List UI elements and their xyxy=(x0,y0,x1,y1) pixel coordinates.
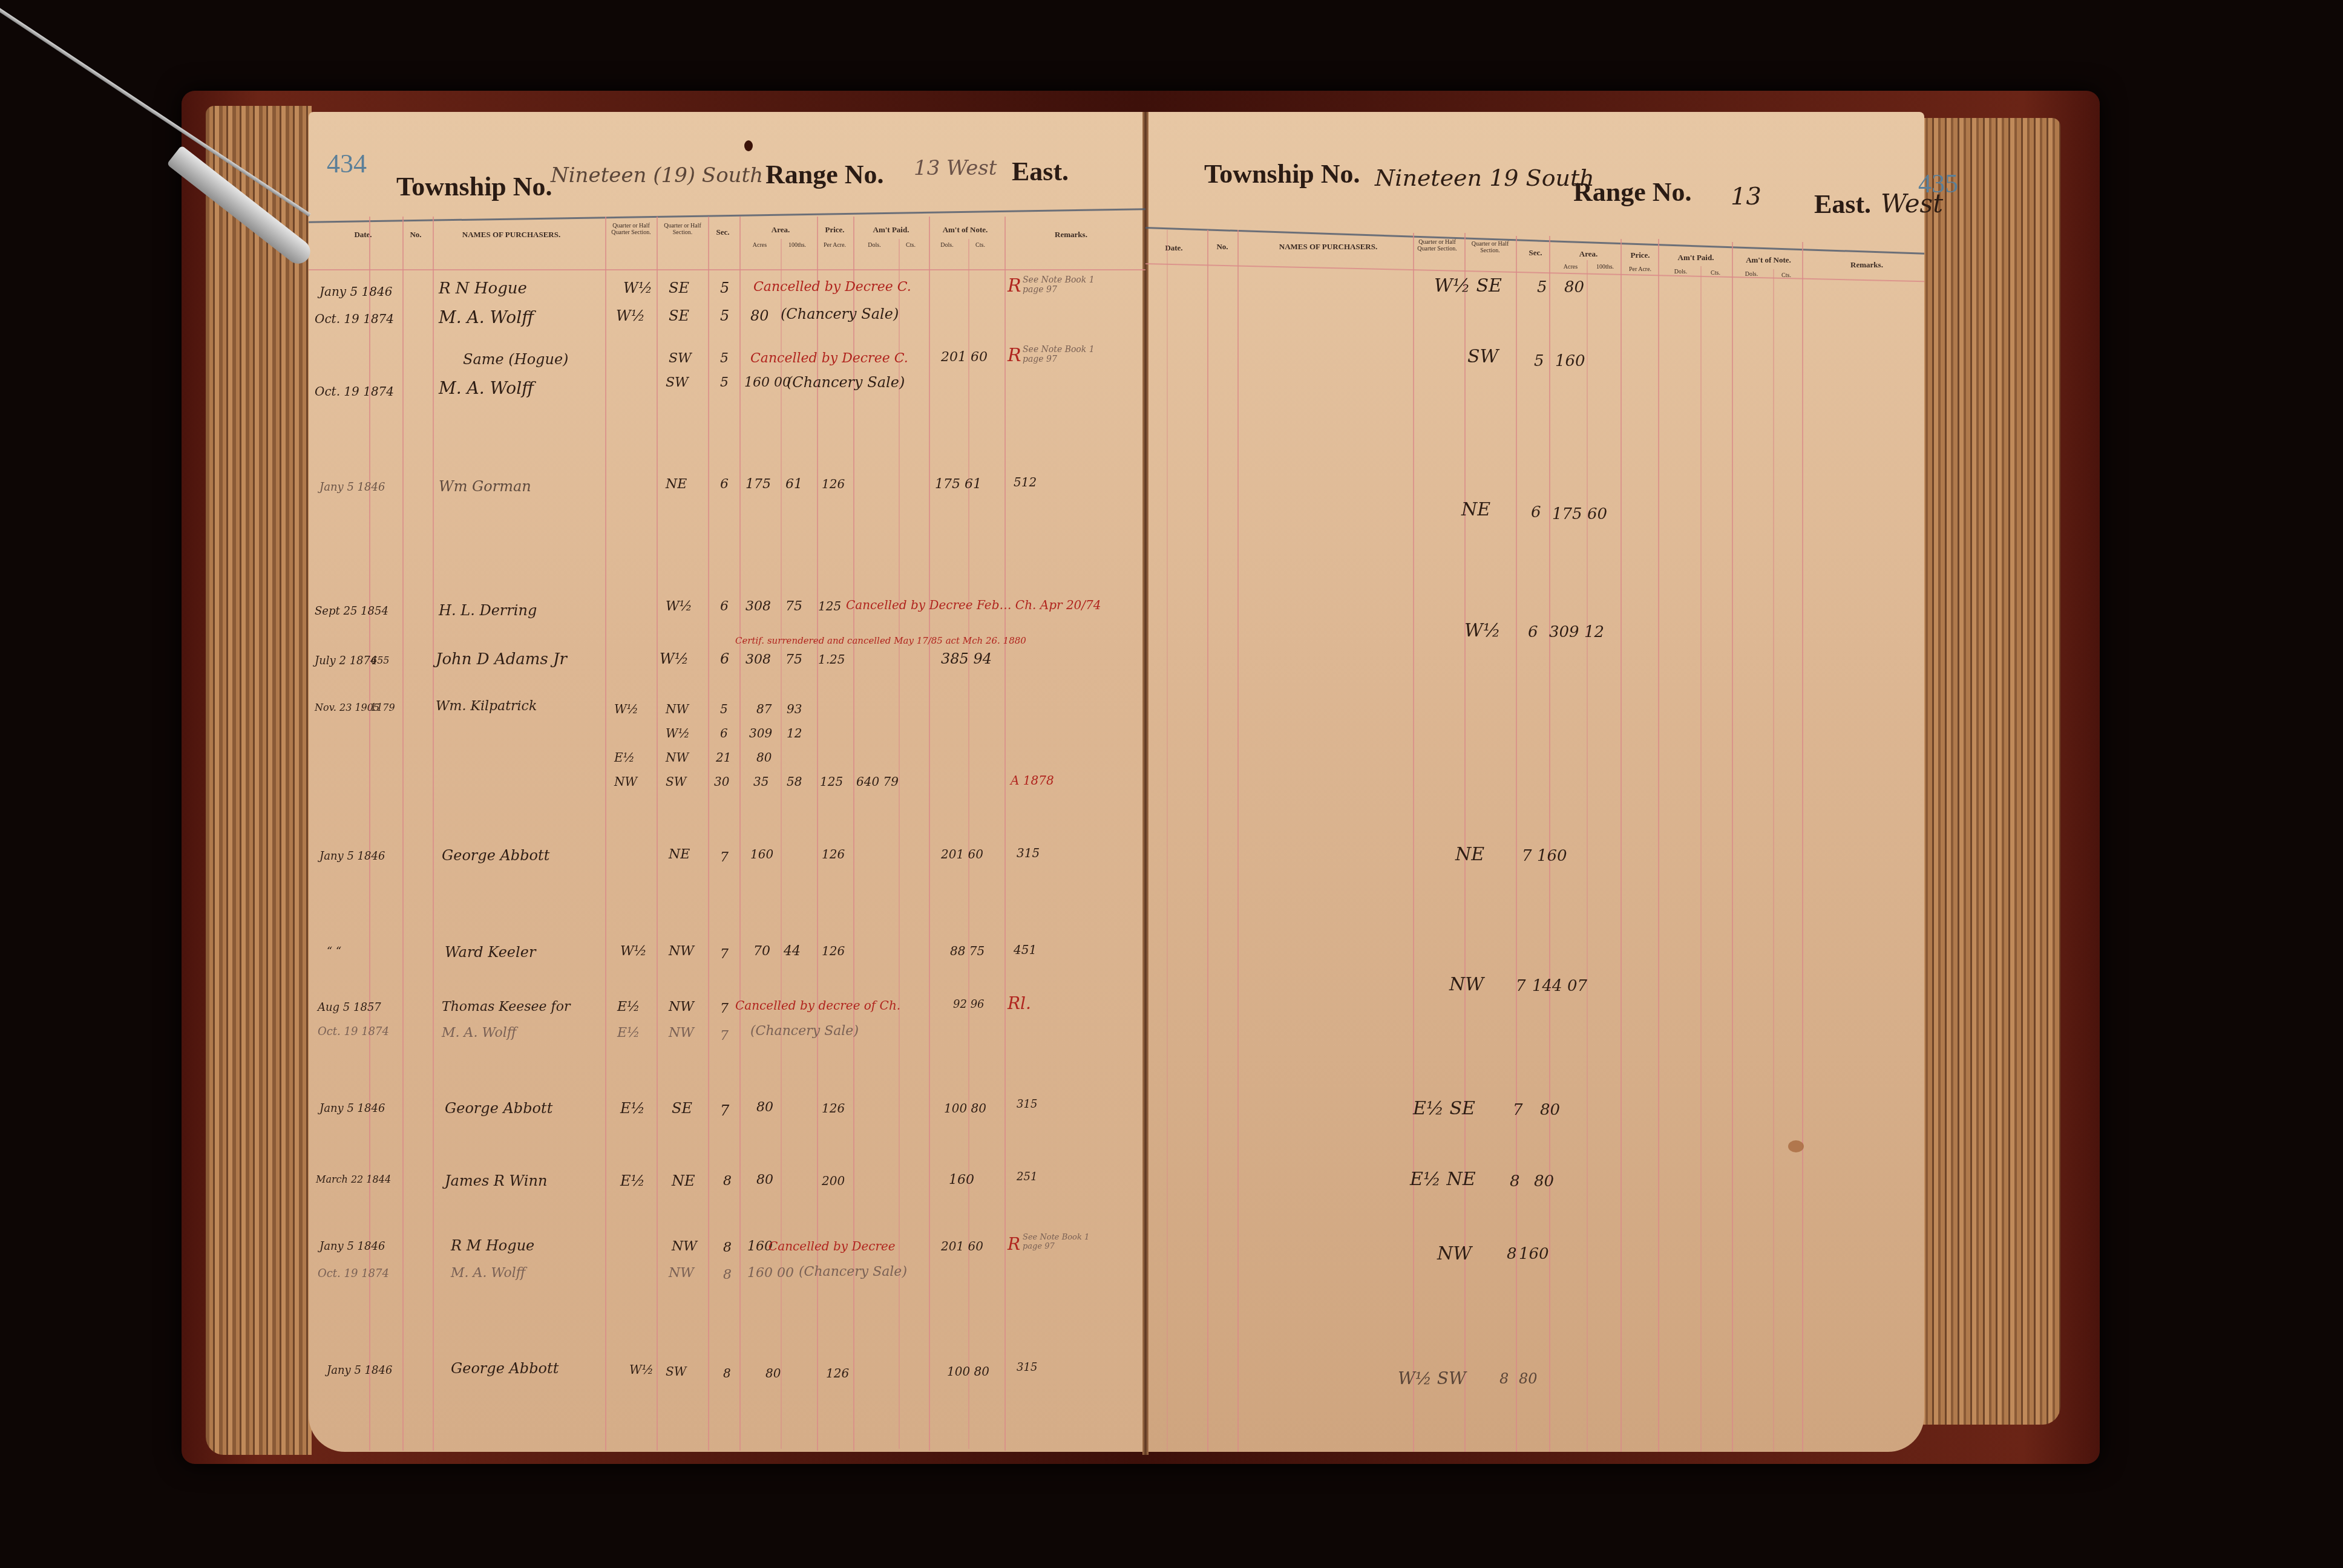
left-col-names: NAMES OF PURCHASERS. xyxy=(448,230,575,239)
entry-name: H. L. Derring xyxy=(439,602,537,619)
right-entry-sec: 8 xyxy=(1499,1370,1509,1387)
right-entry-sec: 7 xyxy=(1513,1101,1523,1119)
left-col-note-cts: Cts. xyxy=(968,242,992,249)
entry-remarks: 315 xyxy=(1017,1361,1037,1374)
entry-qhs: SW xyxy=(666,774,686,789)
left-township-value: Nineteen (19) South xyxy=(551,163,763,188)
entry-hundredths: 75 xyxy=(785,599,802,614)
entry-date: Jany 5 1846 xyxy=(319,481,385,494)
right-entry-tract: W½ SW xyxy=(1398,1368,1466,1388)
entry-price: 126 xyxy=(826,1366,849,1380)
left-col-qhqs: Quarter or Half Quarter Section. xyxy=(607,223,655,236)
right-rule xyxy=(1167,230,1168,1452)
left-head-bottom-rule xyxy=(309,269,1145,270)
entry-sec: 30 xyxy=(714,774,729,789)
entry-name: R N Hogue xyxy=(439,279,527,298)
left-col-no: No. xyxy=(407,230,425,239)
left-rule xyxy=(708,217,709,1451)
entry-date: Oct. 19 1874 xyxy=(318,1025,389,1038)
right-entry-acres: 144 07 xyxy=(1532,977,1587,995)
entry-sec: 8 xyxy=(723,1267,732,1282)
right-col-acres: Acres xyxy=(1554,264,1587,270)
entry-price: 126 xyxy=(822,477,845,491)
entry-red-note: Cancelled by Decree C. xyxy=(750,351,908,366)
entry-red-note: Cancelled by Decree C. xyxy=(753,279,911,295)
left-page-stack xyxy=(206,106,312,1455)
page-number-text: 434 xyxy=(327,149,367,178)
left-range-value: 13 West xyxy=(914,156,997,180)
entry-qhs: SE xyxy=(669,279,689,296)
entry-remarks-mark: R xyxy=(1008,275,1021,296)
entry-name: M. A. Wolff xyxy=(442,1025,516,1040)
entry-note-text: (Chancery Sale) xyxy=(781,305,899,322)
entry-qhqs: E½ xyxy=(620,1172,645,1189)
left-col-sec: Sec. xyxy=(709,227,736,237)
entry-acres: 308 xyxy=(745,599,771,614)
entry-qhs: NW xyxy=(669,944,694,959)
entry-qhqs: W½ xyxy=(629,1362,654,1377)
entry-date: Jany 5 1846 xyxy=(319,284,392,299)
entry-sec: 8 xyxy=(723,1240,732,1255)
right-entry-sec: 7 xyxy=(1522,847,1532,865)
right-entry-acres: 80 xyxy=(1519,1370,1538,1387)
entry-remarks: See Note Book 1 page 97 xyxy=(1023,275,1113,295)
entry-hundredths: 58 xyxy=(787,774,802,789)
right-entry-sec: 8 xyxy=(1507,1245,1517,1263)
left-col-remarks: Remarks. xyxy=(1029,230,1113,239)
entry-name: George Abbott xyxy=(451,1360,559,1377)
entry-acres: 80 xyxy=(756,1172,773,1187)
entry-note: 201 60 xyxy=(941,1239,983,1253)
left-col-date: Date. xyxy=(348,230,378,239)
entry-qhqs: E½ xyxy=(617,1025,640,1040)
entry-sec: 6 xyxy=(720,599,729,614)
right-entry-sec: 6 xyxy=(1531,503,1541,521)
entry-date: Jany 5 1846 xyxy=(319,1102,385,1115)
entry-sec: 5 xyxy=(720,351,729,366)
right-entry-acres: 80 xyxy=(1534,1172,1554,1191)
right-entry-tract: NW xyxy=(1449,974,1484,995)
entry-sec: 5 xyxy=(720,307,729,324)
right-township-label: Township No. xyxy=(1204,158,1360,189)
entry-note: 385 94 xyxy=(941,650,992,667)
right-col-sec: Sec. xyxy=(1522,248,1549,257)
right-entry-tract: NW xyxy=(1437,1243,1472,1264)
entry-acres: 80 xyxy=(756,750,772,765)
right-rule xyxy=(1620,239,1622,1452)
right-rule xyxy=(1237,230,1239,1452)
entry-note: 100 80 xyxy=(947,1364,989,1379)
entry-acres: 160 xyxy=(750,847,773,861)
entry-qhs: W½ xyxy=(660,650,689,667)
entry-date: March 22 1844 xyxy=(316,1174,391,1185)
entry-note-text: (Chancery Sale) xyxy=(787,374,905,391)
entry-red-note: Cancelled by Decree Feb… Ch. Apr 20/74 xyxy=(846,598,1101,612)
entry-hundredths: 61 xyxy=(785,477,802,492)
entry-no: 1179 xyxy=(370,702,395,713)
right-entry-acres: 309 12 xyxy=(1549,623,1604,641)
entry-acres: 175 xyxy=(745,477,771,492)
entry-sec: 8 xyxy=(723,1366,731,1380)
left-col-paid-dols: Dols. xyxy=(859,242,890,249)
left-range-label: Range No. xyxy=(765,159,884,190)
entry-remarks: 315 xyxy=(1017,846,1040,860)
right-page-stack xyxy=(1921,118,2060,1425)
entry-qhs: SW xyxy=(669,351,692,366)
entry-name: M. A. Wolff xyxy=(439,378,534,398)
entry-sec: 5 xyxy=(720,279,729,296)
entry-remarks: 451 xyxy=(1014,942,1037,957)
entry-acres: 80 xyxy=(750,307,769,324)
entry-hundredths: 12 xyxy=(787,726,802,740)
entry-qhqs: NW xyxy=(614,774,637,789)
entry-acres: 160 00 xyxy=(744,375,791,390)
entry-qhs: SW xyxy=(666,375,689,390)
entry-price: 125 xyxy=(820,774,843,789)
entry-date: Jany 5 1846 xyxy=(327,1364,392,1377)
entry-note-text: (Chancery Sale) xyxy=(799,1264,907,1279)
entry-remarks: See Note Book 1 page 97 xyxy=(1023,345,1113,364)
left-col-per-acre: Per Acre. xyxy=(818,242,851,249)
entry-note: 92 96 xyxy=(953,998,985,1011)
entry-qhs: NE xyxy=(669,847,690,862)
entry-qhs: SE xyxy=(669,307,689,324)
right-entry-sec: 6 xyxy=(1528,623,1538,641)
right-entry-acres: 175 60 xyxy=(1552,505,1607,523)
entry-name: Same (Hogue) xyxy=(463,351,568,368)
entry-qhs: SW xyxy=(666,1364,686,1379)
entry-name: Wm Gorman xyxy=(439,478,531,495)
entry-note: 160 xyxy=(949,1172,974,1187)
left-col-paid-cts: Cts. xyxy=(899,242,923,249)
right-rule xyxy=(1700,266,1702,1452)
entry-sec: 7 xyxy=(720,1001,729,1016)
entry-sec: 7 xyxy=(720,850,729,865)
left-col-price: Price. xyxy=(818,225,851,234)
entry-qhqs: W½ xyxy=(616,307,645,324)
entry-qhqs: W½ xyxy=(623,279,652,296)
left-page-number: 434 xyxy=(327,148,367,179)
entry-name: M. A. Wolff xyxy=(439,307,534,327)
left-col-qhs: Quarter or Half Section. xyxy=(658,223,707,236)
entry-paid: 640 79 xyxy=(856,774,899,789)
entry-price: 1.25 xyxy=(818,652,845,667)
right-entry-tract: W½ SE xyxy=(1434,275,1502,296)
entry-red-note: Cancelled by Decree xyxy=(768,1239,896,1253)
entry-remarks-mark: R xyxy=(1008,345,1021,366)
entry-date: Jany 5 1846 xyxy=(319,1240,385,1253)
right-rule xyxy=(1464,233,1466,1452)
right-col-paid: Am't Paid. xyxy=(1661,253,1731,262)
entry-date: July 2 1874 xyxy=(315,655,377,667)
right-rule xyxy=(1413,233,1414,1452)
right-rule xyxy=(1732,242,1733,1452)
entry-sec: 6 xyxy=(720,650,729,667)
right-entry-tract: E½ NE xyxy=(1410,1169,1476,1190)
entry-date: Oct. 19 1874 xyxy=(315,384,394,399)
entry-qhs: NE xyxy=(672,1172,695,1189)
entry-qhqs: W½ xyxy=(620,944,647,959)
right-rule xyxy=(1549,236,1550,1452)
entry-qhs: NW xyxy=(669,999,694,1014)
entry-name: Wm. Kilpatrick xyxy=(436,699,537,714)
entry-sec: 7 xyxy=(720,1028,729,1044)
entry-sec: 7 xyxy=(720,947,729,962)
right-col-area: Area. xyxy=(1561,249,1616,258)
right-township-value: Nineteen 19 South xyxy=(1375,165,1594,191)
left-col-note: Am't of Note. xyxy=(926,225,1004,234)
right-entry-tract: SW xyxy=(1467,346,1498,367)
right-entry-acres: 160 xyxy=(1537,847,1567,865)
right-page-number: 435 xyxy=(1918,168,1958,199)
entry-acres: 87 xyxy=(756,702,772,716)
right-col-date: Date. xyxy=(1162,243,1186,252)
entry-note: 175 61 xyxy=(935,477,981,492)
entry-date: Sept 25 1854 xyxy=(315,605,388,618)
right-col-qhqs: Quarter or Half Quarter Section. xyxy=(1413,239,1461,252)
entry-acres: 160 00 xyxy=(747,1266,794,1281)
entry-note: 201 60 xyxy=(941,350,988,365)
left-col-area: Area. xyxy=(750,225,811,234)
entry-price: 200 xyxy=(822,1174,845,1188)
right-entry-tract: NE xyxy=(1461,499,1490,520)
right-range-value: 13 xyxy=(1731,183,1761,211)
entry-hundredths: 44 xyxy=(784,944,801,959)
right-rule xyxy=(1587,260,1588,1452)
left-rule xyxy=(1004,217,1006,1451)
entry-acres: 80 xyxy=(765,1366,781,1380)
entry-qhs: NE xyxy=(666,477,687,492)
entry-red-note: Cancelled by decree of Ch. xyxy=(735,998,900,1013)
right-direction-label: East. xyxy=(1814,189,1871,220)
left-rule xyxy=(657,217,658,1451)
entry-date: Oct. 19 1874 xyxy=(315,312,394,326)
entry-red-note: Certif. surrendered and cancelled May 17… xyxy=(735,635,1026,646)
entry-remarks: 315 xyxy=(1017,1098,1037,1111)
left-col-note-dols: Dols. xyxy=(932,242,962,249)
entry-name: John D Adams Jr xyxy=(436,650,567,668)
right-rule xyxy=(1802,242,1803,1452)
right-entry-tract: NE xyxy=(1455,844,1484,865)
entry-name: Thomas Keesee for xyxy=(442,999,570,1014)
right-rule xyxy=(1773,269,1774,1452)
entry-hundredths: 93 xyxy=(787,702,802,716)
entry-acres: 35 xyxy=(753,774,768,789)
entry-date: “ “ xyxy=(327,945,341,958)
book-gutter xyxy=(1142,112,1149,1455)
right-rule xyxy=(1516,236,1517,1452)
right-col-qhs: Quarter or Half Section. xyxy=(1464,241,1516,254)
entry-hundredths: 75 xyxy=(785,652,802,667)
entry-qhs: W½ xyxy=(666,599,692,614)
left-rule xyxy=(605,217,606,1451)
right-entry-sec: 5 xyxy=(1537,278,1547,296)
right-col-price: Price. xyxy=(1624,250,1657,260)
right-col-no: No. xyxy=(1213,242,1231,251)
left-col-hundredths: 100ths. xyxy=(781,242,814,249)
right-entry-sec: 5 xyxy=(1534,352,1544,370)
binding-hole xyxy=(744,140,753,151)
entry-qhqs: E½ xyxy=(620,1100,645,1117)
entry-acres: 309 xyxy=(749,726,772,740)
right-entry-acres: 80 xyxy=(1540,1101,1560,1119)
entry-acres: 80 xyxy=(756,1100,773,1115)
left-rule xyxy=(739,217,741,1451)
entry-sec: 5 xyxy=(720,702,728,716)
entry-note: 201 60 xyxy=(941,847,983,861)
entry-remarks-mark: Rl. xyxy=(1008,993,1031,1013)
entry-qhqs: E½ xyxy=(614,750,635,765)
right-col-remarks: Remarks. xyxy=(1833,260,1900,269)
right-rule xyxy=(1207,230,1208,1452)
entry-sec: 6 xyxy=(720,726,728,740)
entry-remarks: 512 xyxy=(1014,475,1037,489)
entry-qhs: NW xyxy=(666,750,689,765)
entry-name: George Abbott xyxy=(445,1100,552,1117)
left-township-label: Township No. xyxy=(396,171,552,202)
entry-remarks: 251 xyxy=(1017,1171,1037,1183)
entry-remarks-mark: R xyxy=(1008,1234,1020,1254)
entry-price: 126 xyxy=(822,1101,845,1116)
left-direction-label: East. xyxy=(1012,156,1069,187)
left-rule xyxy=(968,239,969,1449)
entry-name: George Abbott xyxy=(442,847,549,864)
entry-name: R M Hogue xyxy=(451,1237,534,1254)
entry-name: Ward Keeler xyxy=(445,944,536,961)
entry-sec: 6 xyxy=(720,477,729,492)
right-entry-sec: 7 xyxy=(1516,977,1526,995)
entry-sec: 21 xyxy=(716,750,731,765)
right-entry-acres: 80 xyxy=(1564,278,1584,296)
right-entry-acres: 160 xyxy=(1555,352,1585,370)
entry-sec: 7 xyxy=(720,1102,729,1119)
right-range-label: Range No. xyxy=(1573,177,1692,207)
entry-sec: 5 xyxy=(720,375,729,390)
entry-price: 125 xyxy=(818,599,841,613)
entry-remarks-red: A 1878 xyxy=(1011,773,1054,788)
right-entry-sec: 8 xyxy=(1510,1172,1520,1191)
right-entry-tract: E½ SE xyxy=(1413,1098,1475,1119)
entry-date: Aug 5 1857 xyxy=(318,1001,381,1014)
entry-qhs: NW xyxy=(672,1239,697,1254)
right-entry-acres: 160 xyxy=(1519,1245,1549,1263)
right-col-names: NAMES OF PURCHASERS. xyxy=(1253,242,1404,251)
entry-qhqs: W½ xyxy=(614,702,638,716)
entry-qhqs: E½ xyxy=(617,999,640,1014)
ink-stain xyxy=(1788,1140,1804,1152)
right-col-paid-dols: Dols. xyxy=(1667,269,1694,275)
left-rule xyxy=(369,217,370,1451)
left-col-paid: Am't Paid. xyxy=(856,225,926,234)
entry-qhs: NW xyxy=(666,702,689,716)
entry-remarks: See Note Book 1 page 97 xyxy=(1023,1233,1107,1251)
entry-acres: 70 xyxy=(753,944,770,959)
left-col-acres: Acres xyxy=(743,242,776,249)
entry-qhs: NW xyxy=(669,1025,694,1040)
entry-note: 100 80 xyxy=(944,1101,986,1116)
entry-name: James R Winn xyxy=(445,1172,547,1189)
right-entry-tract: W½ xyxy=(1464,620,1501,641)
right-col-note: Am't of Note. xyxy=(1734,255,1803,264)
left-rule xyxy=(433,217,434,1451)
entry-qhs: SE xyxy=(672,1100,692,1117)
entry-date: Jany 5 1846 xyxy=(319,850,385,863)
entry-qhs: NW xyxy=(669,1266,694,1281)
entry-acres: 308 xyxy=(745,652,771,667)
right-rule xyxy=(1658,239,1659,1452)
entry-note: 88 75 xyxy=(950,944,985,958)
entry-price: 126 xyxy=(822,847,845,861)
left-rule xyxy=(402,217,404,1451)
entry-date: Oct. 19 1874 xyxy=(318,1267,389,1280)
right-col-hundredths: 100ths. xyxy=(1588,264,1622,270)
entry-no: 655 xyxy=(371,655,390,666)
left-rule xyxy=(929,217,930,1451)
entry-note-text: (Chancery Sale) xyxy=(750,1024,859,1039)
entry-price: 126 xyxy=(822,944,845,958)
entry-name: M. A. Wolff xyxy=(451,1266,525,1281)
right-col-per-acre: Per Acre. xyxy=(1624,266,1657,273)
entry-qhs: W½ xyxy=(666,726,690,740)
entry-sec: 8 xyxy=(723,1174,732,1189)
